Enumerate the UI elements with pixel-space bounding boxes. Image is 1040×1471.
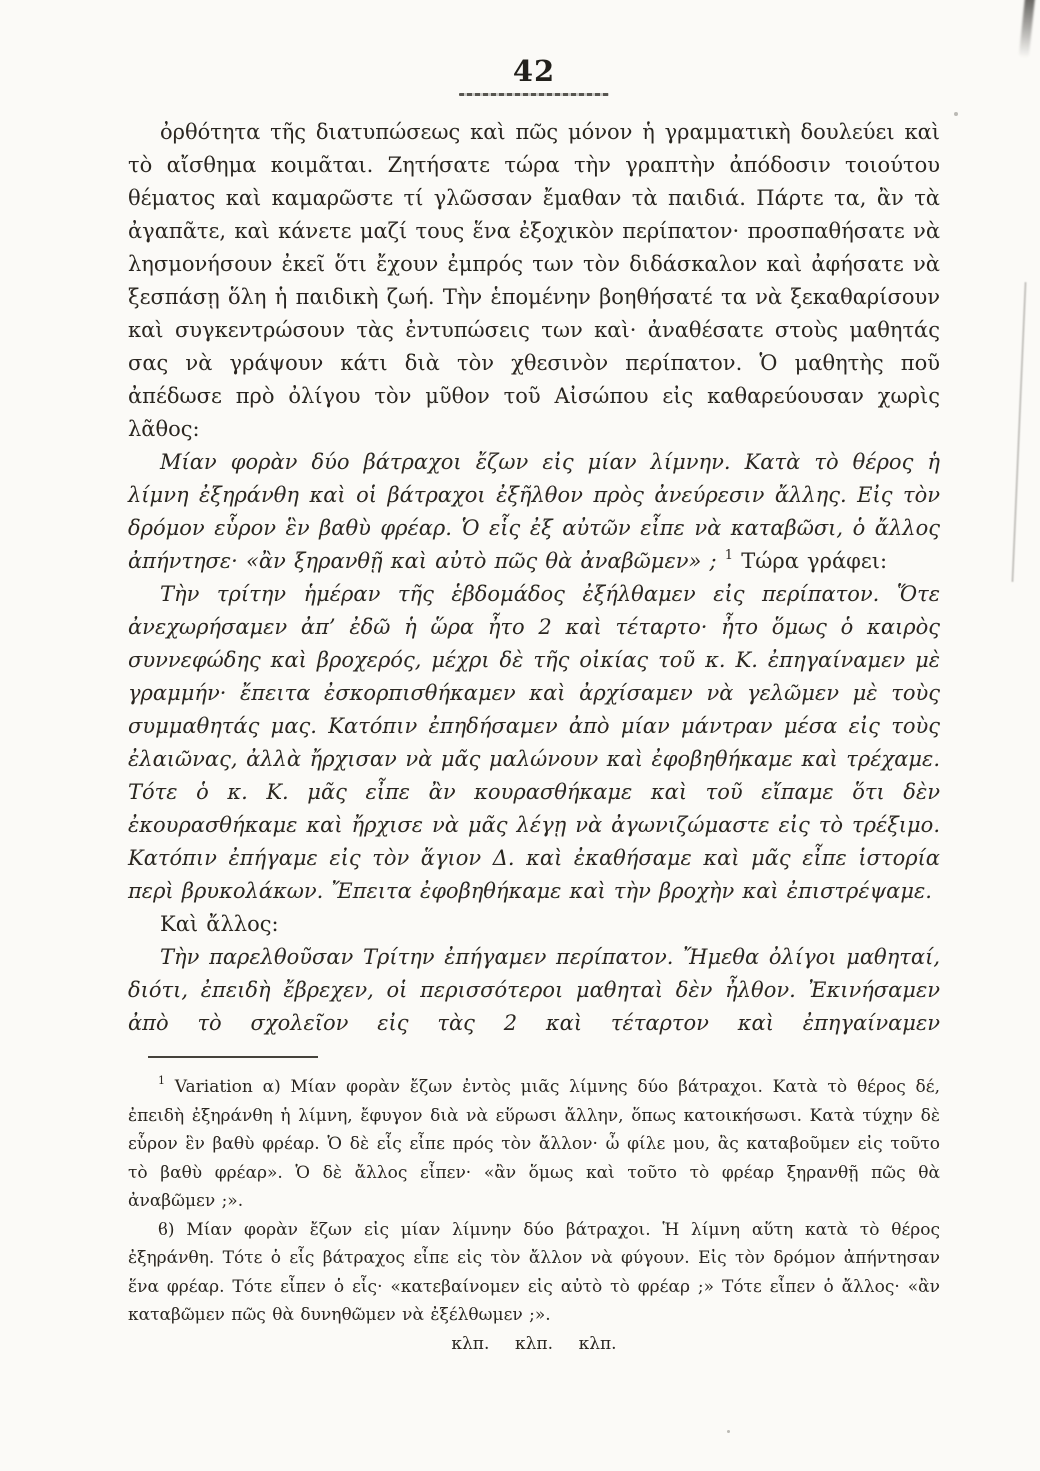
main-text: ὀρθότητα τῆς διατυπώσεως καὶ πῶς μόνον ἡ… [128,116,940,1040]
footnote-variant-a: 1 Variation α) Μίαν φορὰν ἔζων ἐντὸς μιᾶ… [128,1073,940,1216]
student-composition-1: Μίαν φορὰν δύο βάτραχοι ἔζων εἰς μίαν λί… [128,446,940,578]
header-rule [459,93,609,96]
paragraph-continuation: ὀρθότητα τῆς διατυπώσεως καὶ πῶς μόνον ἡ… [128,116,940,446]
scan-speck [954,112,958,116]
page-number: 42 [128,54,940,88]
footnote-area: 1 Variation α) Μίαν φορὰν ἔζων ἐντὸς μιᾶ… [128,1056,940,1358]
book-page: 42 ὀρθότητα τῆς διατυπώσεως καὶ πῶς μόνο… [0,0,1040,1471]
footnote-reference-mark: 1 [725,548,733,563]
student-composition-2: Τὴν τρίτην ἡμέραν τῆς ἑβδομάδος ἐξήλθαμε… [128,578,940,908]
scan-speck [727,1430,730,1433]
composition-1-tail: Τώρα γράφει: [733,549,887,573]
footnote-etc: κλπ. κλπ. κλπ. [128,1330,940,1359]
footnote-separator [148,1056,318,1058]
footnote-number: 1 [158,1074,165,1087]
scan-artifact-corner [1019,0,1036,58]
interjection: Καὶ ἄλλος: [128,908,940,941]
footnote-variant-a-text: Variation α) Μίαν φορὰν ἔζων ἐντὸς μιᾶς … [128,1077,940,1211]
footnote-variant-b: ϐ) Μίαν φορὰν ἔζων εἰς μίαν λίμνην δύο β… [128,1216,940,1330]
scan-artifact-scratch [1011,282,1026,582]
page-header: 42 [128,54,940,96]
student-composition-3: Τὴν παρελθοῦσαν Τρίτην ἐπήγαμεν περίπατο… [128,941,940,1040]
